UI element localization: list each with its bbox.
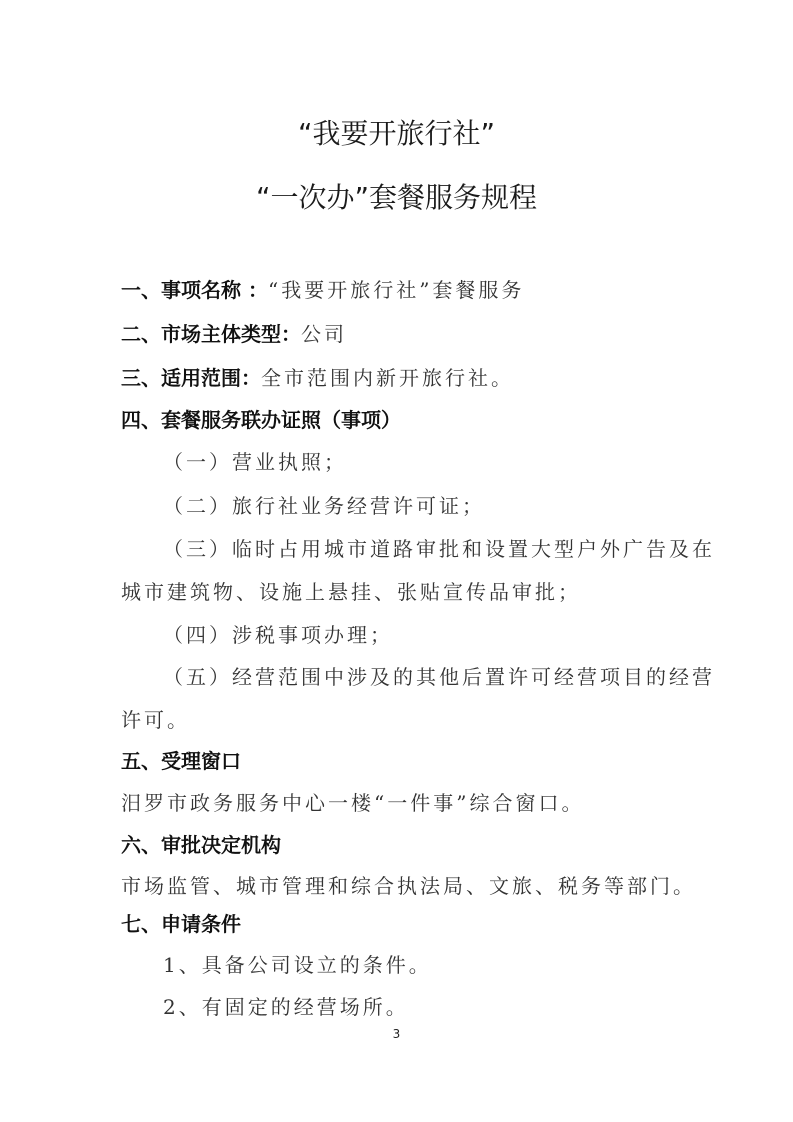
license-item-continuation: 许可。 <box>121 707 190 733</box>
section-heading-licenses: 四、套餐服务联办证照（事项） <box>121 407 401 433</box>
section-heading: 一、事项名称 ： <box>121 278 268 302</box>
license-item: （一）营业执照； <box>163 449 347 475</box>
section-text: 全市范围内新开旅行社。 <box>261 366 514 390</box>
page-number: 3 <box>0 1027 793 1041</box>
section-scope: 三、适用范围：全市范围内新开旅行社。 <box>121 365 514 392</box>
section-heading: 二、市场主体类型： <box>121 322 301 346</box>
section-item-name: 一、事项名称 ：“我要开旅行社”套餐服务 <box>121 277 524 304</box>
license-item: （二）旅行社业务经营许可证； <box>163 493 485 519</box>
section-entity-type: 二、市场主体类型：公司 <box>121 321 347 348</box>
section-text: 公司 <box>301 322 347 346</box>
document-title-line1: “我要开旅行社” <box>0 112 793 152</box>
license-item-continuation: 城市建筑物、设施上悬挂、张贴宣传品审批； <box>121 579 581 605</box>
section-heading-conditions: 七、申请条件 <box>121 911 241 937</box>
section-heading-window: 五、受理窗口 <box>121 748 241 774</box>
license-item: （四）涉税事项办理； <box>163 622 393 648</box>
section-text-window: 汨罗市政务服务中心一楼“一件事”综合窗口。 <box>121 790 584 816</box>
license-item: （五）经营范围中涉及的其他后置许可经营项目的经营 <box>163 664 715 690</box>
section-text: “我要开旅行社”套餐服务 <box>268 278 524 302</box>
license-item: （三）临时占用城市道路审批和设置大型户外广告及在 <box>163 536 715 562</box>
document-title-line2: “一次办”套餐服务规程 <box>0 176 793 216</box>
condition-item: 1、具备公司设立的条件。 <box>163 952 432 978</box>
section-heading-authority: 六、审批决定机构 <box>121 832 281 858</box>
section-heading: 三、适用范围： <box>121 366 261 390</box>
condition-item: 2、有固定的经营场所。 <box>163 994 409 1020</box>
section-text-authority: 市场监管、城市管理和综合执法局、文旅、税务等部门。 <box>121 873 696 899</box>
